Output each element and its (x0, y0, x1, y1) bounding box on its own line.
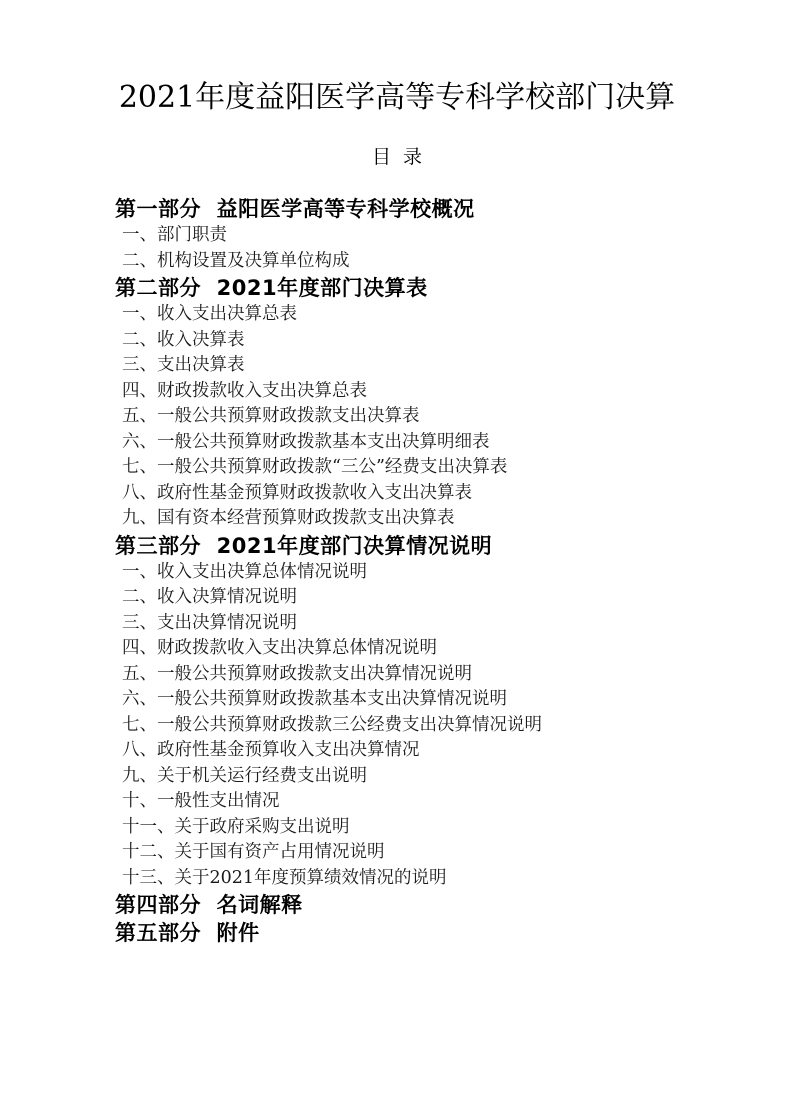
toc-item: 二、收入决算情况说明 (115, 585, 704, 611)
toc-item: 九、国有资本经营预算财政拨款支出决算表 (115, 506, 704, 532)
toc-item: 九、关于机关运行经费支出说明 (115, 764, 704, 790)
toc-item: 七、一般公共预算财政拨款“三公”经费支出决算表 (115, 455, 704, 481)
document-title: 2021年度益阳医学高等专科学校部门决算 (0, 0, 794, 116)
toc-item: 二、机构设置及决算单位构成 (115, 249, 704, 275)
toc-item: 七、一般公共预算财政拨款三公经费支出决算情况说明 (115, 713, 704, 739)
toc-heading: 目 录 (0, 146, 794, 168)
toc-item: 六、一般公共预算财政拨款基本支出决算明细表 (115, 430, 704, 456)
toc-item: 五、一般公共预算财政拨款支出决算情况说明 (115, 662, 704, 688)
section-heading-part1: 第一部分 益阳医学高等专科学校概况 (115, 195, 704, 223)
toc-item: 五、一般公共预算财政拨款支出决算表 (115, 404, 704, 430)
toc-item: 四、财政拨款收入支出决算总表 (115, 379, 704, 405)
section-heading-part4: 第四部分 名词解释 (115, 891, 704, 919)
section-heading-part5: 第五部分 附件 (115, 919, 704, 947)
toc-item: 十一、关于政府采购支出说明 (115, 815, 704, 841)
toc-item: 十三、关于2021年度预算绩效情况的说明 (115, 866, 704, 892)
toc-item: 一、收入支出决算总表 (115, 302, 704, 328)
toc-item: 十二、关于国有资产占用情况说明 (115, 840, 704, 866)
section-heading-part2: 第二部分 2021年度部门决算表 (115, 274, 704, 302)
toc-item: 三、支出决算情况说明 (115, 611, 704, 637)
toc-item: 六、一般公共预算财政拨款基本支出决算情况说明 (115, 687, 704, 713)
toc-item: 一、部门职责 (115, 223, 704, 249)
toc-item: 八、政府性基金预算财政拨款收入支出决算表 (115, 481, 704, 507)
toc-item: 十、一般性支出情况 (115, 789, 704, 815)
toc-item: 二、收入决算表 (115, 328, 704, 354)
toc-item: 四、财政拨款收入支出决算总体情况说明 (115, 636, 704, 662)
document-page: 2021年度益阳医学高等专科学校部门决算 目 录 第一部分 益阳医学高等专科学校… (0, 0, 794, 1108)
section-heading-part3: 第三部分 2021年度部门决算情况说明 (115, 532, 704, 560)
toc-item: 八、政府性基金预算收入支出决算情况 (115, 738, 704, 764)
table-of-contents: 第一部分 益阳医学高等专科学校概况 一、部门职责 二、机构设置及决算单位构成 第… (0, 195, 794, 947)
toc-item: 一、收入支出决算总体情况说明 (115, 560, 704, 586)
toc-item: 三、支出决算表 (115, 353, 704, 379)
